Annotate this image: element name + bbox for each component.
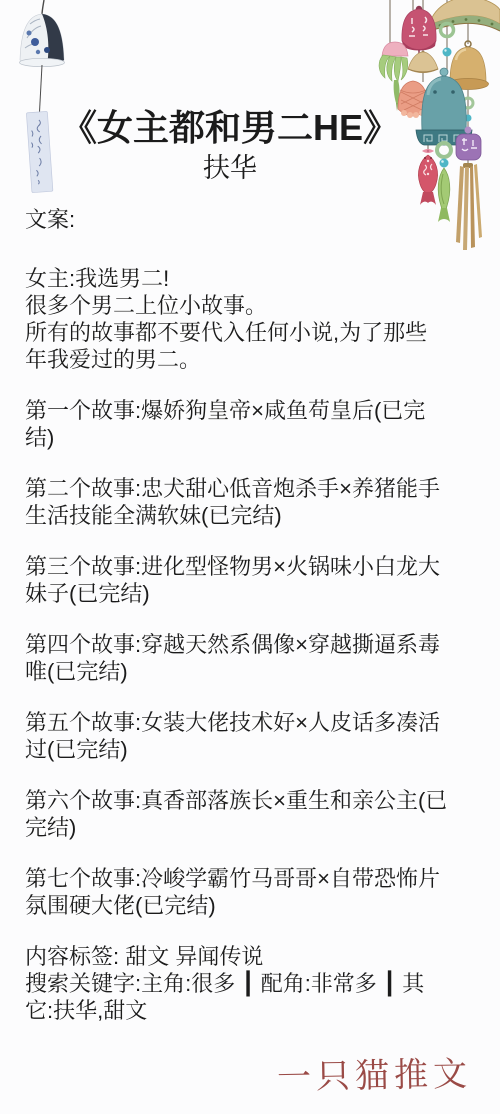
watermark-text: 一只猫推文 (277, 1046, 473, 1098)
story-item-2: 第二个故事:忠犬甜心低音炮杀手×养猪能手生活技能全满软妹(已完结) (25, 475, 449, 529)
tags-and-keywords: 内容标签: 甜文 异闻传说 搜索关键字:主角:很多 ┃ 配角:非常多 ┃ 其它:… (25, 943, 449, 1024)
synopsis-label: 文案: (25, 206, 449, 233)
story-item-6: 第六个故事:真香部落族长×重生和亲公主(已完结) (25, 787, 449, 841)
novel-promo-card: 《女主都和男二HE》 扶华 文案: 女主:我选男二! 很多个男二上位小故事。 所… (0, 0, 500, 1114)
pink-bell-icon (402, 6, 436, 55)
lotus-chime-icon (379, 42, 408, 111)
small-hat-icon (408, 51, 438, 73)
story-item-3: 第三个故事:进化型怪物男×火锅味小白龙大妹子(已完结) (25, 553, 449, 607)
book-author: 扶华 (0, 153, 460, 183)
title-block: 《女主都和男二HE》 扶华 (0, 108, 460, 183)
story-item-7: 第七个故事:冷峻学霸竹马哥哥×自带恐怖片氛围硬大佬(已完结) (25, 865, 449, 919)
straw-hat-icon (429, 0, 500, 31)
story-item-1: 第一个故事:爆娇狗皇帝×咸鱼苟皇后(已完结) (25, 397, 449, 451)
book-title: 《女主都和男二HE》 (0, 108, 460, 148)
synopsis-text: 女主:我选男二! 很多个男二上位小故事。 所有的故事都不要代入任何小说,为了那些… (25, 265, 449, 373)
story-item-4: 第四个故事:穿越天然系偶像×穿越撕逼系毒唯(已完结) (25, 631, 449, 685)
story-item-5: 第五个故事:女装大佬技术好×人皮话多凑活过(已完结) (25, 709, 449, 763)
body-text: 文案: 女主:我选男二! 很多个男二上位小故事。 所有的故事都不要代入任何小说,… (25, 206, 449, 1024)
